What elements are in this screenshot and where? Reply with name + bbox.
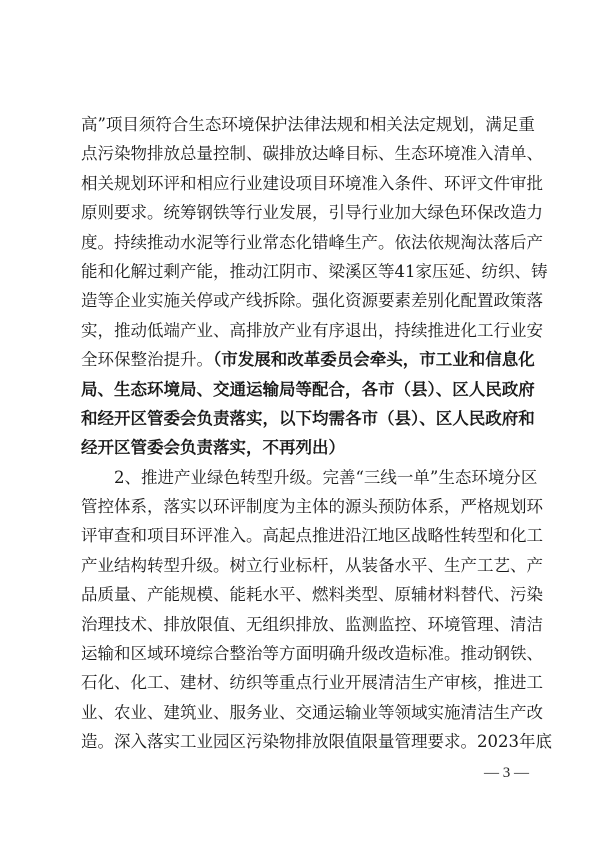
text-line: 产业结构转型升级。树立行业标杆，从装备水平、生产工艺、产 [81, 551, 525, 580]
text-line: 高”项目须符合生态环境保护法律法规和相关法定规划，满足重 [81, 110, 525, 139]
responsibility-note-line: 经开区管委会负责落实，不再列出） [81, 433, 525, 462]
responsibility-note: （市发展和改革委员会牵头，市工业和信息化 [213, 350, 535, 369]
responsibility-note-line: 和经开区管委会负责落实，以下均需各市（县）、区人民政府和 [81, 404, 525, 433]
text-line: 石化、化工、建材、纺织等重点行业开展清洁生产审核，推进工 [81, 668, 525, 697]
text-line: 造等企业实施关停或产线拆除。强化资源要素差别化配置政策落 [81, 286, 525, 315]
text-line: 度。持续推动水泥等行业常态化错峰生产。依法依规淘汰落后产 [81, 228, 525, 257]
text-line: 业、农业、建筑业、服务业、交通运输业等领域实施清洁生产改 [81, 698, 525, 727]
page-number: — 3 — [484, 765, 529, 782]
text-line: 能和化解过剩产能，推动江阴市、梁溪区等41家压延、纺织、铸 [81, 257, 525, 286]
text-line: 评审查和项目环评准入。高起点推进沿江地区战略性转型和化工 [81, 521, 525, 550]
section-heading-line: 2、推进产业绿色转型升级。完善“三线一单”生态环境分区 [81, 463, 525, 492]
text-line: 品质量、产能规模、能耗水平、燃料类型、原辅材料替代、污染 [81, 580, 525, 609]
text-line: 相关规划环评和相应行业建设项目环境准入条件、环评文件审批 [81, 169, 525, 198]
text-line: 实，推动低端产业、高排放产业有序退出，持续推进化工行业安 [81, 316, 525, 345]
text-line: 管控体系，落实以环评制度为主体的源头预防体系，严格规划环 [81, 492, 525, 521]
text-line: 运输和区域环境综合整治等方面明确升级改造标准。推动钢铁、 [81, 639, 525, 668]
text-line: 治理技术、排放限值、无组织排放、监测监控、环境管理、清洁 [81, 610, 525, 639]
text-normal: 全环保整治提升。 [81, 350, 213, 369]
document-body: 高”项目须符合生态环境保护法律法规和相关法定规划，满足重 点污染物排放总量控制、… [81, 110, 525, 757]
text-line: 原则要求。统筹钢铁等行业发展，引导行业加大绿色环保改造力 [81, 198, 525, 227]
text-line-mixed: 全环保整治提升。（市发展和改革委员会牵头，市工业和信息化 [81, 345, 525, 374]
text-line: 点污染物排放总量控制、碳排放达峰目标、生态环境准入清单、 [81, 139, 525, 168]
responsibility-note-line: 局、生态环境局、交通运输局等配合，各市（县）、区人民政府 [81, 375, 525, 404]
text-line: 造。深入落实工业园区污染物排放限值限量管理要求。2023年底 [81, 727, 525, 756]
document-page: 高”项目须符合生态环境保护法律法规和相关法定规划，满足重 点污染物排放总量控制、… [0, 0, 600, 848]
